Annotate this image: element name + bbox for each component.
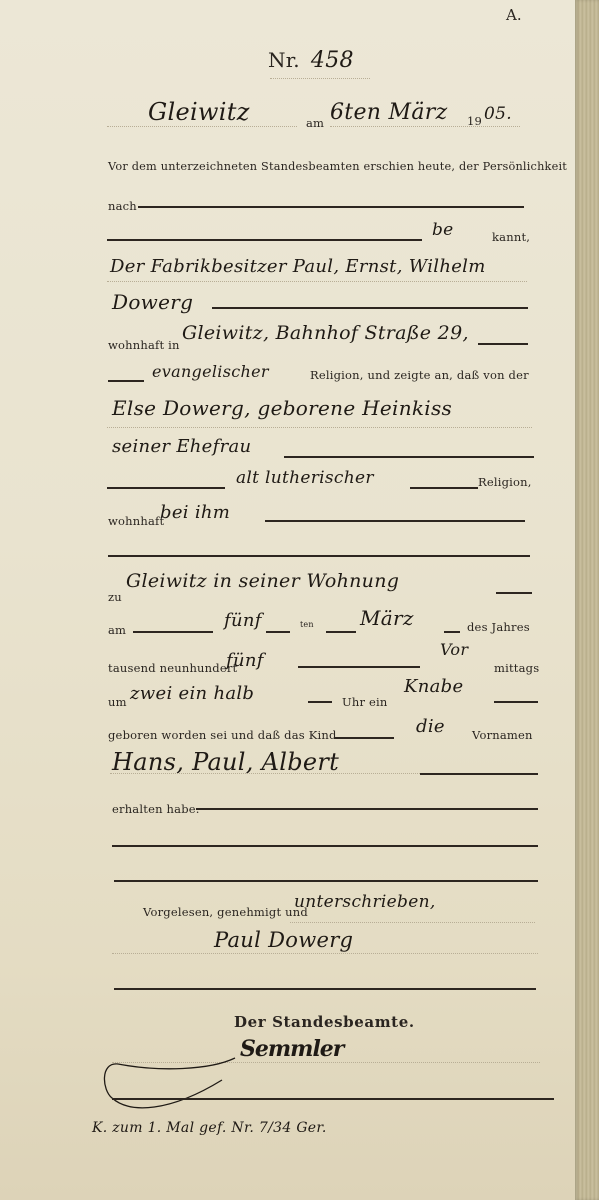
religion-father: evangelischer [152, 362, 269, 381]
religion-line-label: Religion, und zeigte an, daß von der [310, 368, 529, 382]
vornamen-label: Vornamen [472, 728, 533, 742]
child-sex: Knabe [404, 676, 463, 697]
mother-line1: Else Dowerg, geborene Heinkiss [112, 396, 452, 420]
nach-rule [138, 206, 524, 208]
signed-dotline [290, 922, 535, 923]
wohnhaft-label: wohnhaft [108, 514, 164, 528]
birth-place: Gleiwitz in seiner Wohnung [126, 570, 399, 592]
mother-rule2 [284, 456, 534, 458]
mother-line2: seiner Ehefrau [112, 436, 251, 457]
religion-mother-lead-rule [107, 487, 225, 489]
des-jahres-label: des Jahres [467, 620, 530, 634]
given-names: Hans, Paul, Albert [112, 748, 339, 776]
signed-fill: unterschrieben, [294, 892, 436, 912]
kannt-label: kannt, [492, 230, 530, 244]
book-page-edges [575, 0, 599, 1200]
mother-dotline1 [107, 427, 532, 428]
informant-dotline1 [107, 281, 527, 282]
address-rule [478, 343, 528, 345]
birth-time-rule [308, 701, 332, 703]
residence-rule [265, 520, 525, 522]
religion-father-lead-rule [108, 380, 144, 382]
date-value: 6ten März [330, 100, 447, 125]
birth-place-rule [496, 592, 532, 594]
geboren-label: geboren worden sei und daß das Kind [108, 728, 337, 742]
ten-suffix: ten [300, 620, 314, 629]
vor-fill: Vor [440, 640, 468, 659]
informant-line1: Der Fabrikbesitzer Paul, Ernst, Wilhelm [110, 256, 486, 277]
bekannt-fill: be [432, 220, 454, 240]
religion-label: Religion, [478, 475, 532, 489]
birth-day-lead-rule [133, 631, 213, 633]
intro-text: Vor dem unterzeichneten Standesbeamten e… [108, 160, 567, 173]
record-number: Nr. 458 [268, 48, 354, 73]
birth-day: fünf [224, 610, 262, 631]
birth-year: fünf [226, 650, 264, 671]
die-lead-rule [334, 737, 394, 739]
mittags-label: mittags [494, 661, 539, 675]
mother-residence: bei ihm [160, 502, 230, 523]
blank-rule1 [112, 845, 538, 847]
erhalten-rule [196, 808, 538, 810]
informant-line2: Dowerg [112, 290, 193, 314]
given-names-dotline [110, 773, 420, 774]
wohnhaft-in-label: wohnhaft in [108, 338, 180, 352]
signature-rule [114, 988, 536, 990]
standesbeamte-label: Der Standesbeamte. [234, 1013, 415, 1031]
place-dotline [107, 126, 297, 127]
birth-time: zwei ein halb [130, 683, 254, 704]
residence-rule2 [108, 555, 530, 557]
um-label: um [108, 695, 127, 709]
vorgelesen-label: Vorgelesen, genehmigt und [143, 905, 308, 919]
registrar-flourish [100, 1050, 260, 1120]
blank-rule2 [114, 880, 538, 882]
informant-signature: Paul Dowerg [214, 928, 353, 952]
zu-label: zu [108, 590, 122, 604]
religion-mother: alt lutherischer [236, 468, 374, 488]
date-prefix: am [306, 116, 324, 130]
informant-signature-dotline [112, 953, 538, 954]
child-sex-rule [494, 701, 538, 703]
margin-note: K. zum 1. Mal gef. Nr. 7/34 Ger. [92, 1120, 327, 1136]
uhr-ein-label: Uhr ein [342, 695, 388, 709]
number-dotline [270, 78, 370, 79]
address: Gleiwitz, Bahnhof Straße 29, [182, 322, 469, 344]
final-rule [112, 1098, 554, 1100]
year-suffix: 05. [484, 104, 512, 124]
tausend-label: tausend neunhundert [108, 661, 237, 675]
am-label: am [108, 623, 126, 637]
given-names-rule [420, 773, 538, 775]
place: Gleiwitz [148, 98, 250, 126]
erhalten-label: erhalten habe. [112, 802, 200, 816]
birth-day-trail-rule [266, 631, 290, 633]
register-page: A. Nr. 458 Gleiwitz am 6ten März 19 05. … [0, 0, 575, 1200]
date-dotline [330, 126, 520, 127]
bekannt-rule [107, 239, 422, 241]
number-value: 458 [311, 48, 354, 73]
birth-month-lead-rule [326, 631, 356, 633]
number-label: Nr. [268, 48, 300, 72]
nach-label: nach [108, 199, 137, 213]
die-fill: die [416, 716, 445, 737]
section-mark: A. [506, 6, 522, 24]
informant-rule2 [212, 307, 528, 309]
birth-year-rule [298, 666, 420, 668]
religion-mother-trail-rule [410, 487, 478, 489]
birth-month: März [360, 606, 414, 630]
birth-month-trail-rule [444, 631, 460, 633]
